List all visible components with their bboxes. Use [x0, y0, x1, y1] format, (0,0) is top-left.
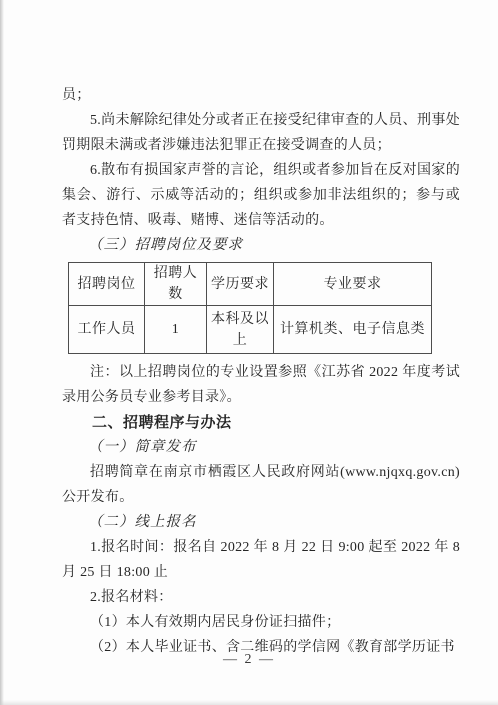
table-header-major: 专业要求 — [274, 263, 432, 306]
scan-edge-shading — [0, 0, 4, 705]
table-cell-position: 工作人员 — [69, 306, 145, 354]
materials-heading: 2.报名材料： — [62, 585, 460, 610]
table-cell-education: 本科及以上 — [207, 306, 274, 354]
table-header-row: 招聘岗位 招聘人数 学历要求 专业要求 — [69, 263, 432, 306]
signup-time-paragraph: 1.报名时间：报名自 2022 年 8 月 22 日 9:00 起至 2022 … — [62, 535, 460, 585]
table-header-position: 招聘岗位 — [69, 263, 145, 306]
carryover-line: 员； — [62, 83, 460, 108]
table-row: 工作人员 1 本科及以上 计算机类、电子信息类 — [69, 306, 432, 354]
scan-edge-bottom-shading — [0, 700, 498, 705]
paragraph-item-6: 6.散布有损国家声誉的言论，组织或者参加旨在反对国家的集会、游行、示威等活动的；… — [62, 158, 460, 233]
table-cell-headcount: 1 — [145, 306, 207, 354]
sub-1-heading: （一）简章发布 — [62, 435, 460, 460]
page-number: — 2 — — [0, 650, 498, 670]
document-page: 员； 5.尚未解除纪律处分或者正在接受纪律审查的人员、刑事处罚期限未满或者涉嫌违… — [0, 0, 498, 705]
table-header-education: 学历要求 — [207, 263, 274, 306]
note-paragraph: 注：以上招聘岗位的专业设置参照《江苏省 2022 年度考试录用公务员专业参考目录… — [62, 360, 460, 410]
paragraph-item-5: 5.尚未解除纪律处分或者正在接受纪律审查的人员、刑事处罚期限未满或者涉嫌违法犯罪… — [62, 108, 460, 158]
document-body: 员； 5.尚未解除纪律处分或者正在接受纪律审查的人员、刑事处罚期限未满或者涉嫌违… — [62, 83, 460, 660]
section-3-heading: （三）招聘岗位及要求 — [62, 233, 460, 258]
table-header-headcount: 招聘人数 — [145, 263, 207, 306]
material-item-1: （1）本人有效期内居民身份证扫描件； — [62, 610, 460, 635]
part-2-heading: 二、招聘程序与办法 — [62, 410, 460, 435]
publish-paragraph: 招聘简章在南京市栖霞区人民政府网站(www.njqxq.gov.cn)公开发布。 — [62, 460, 460, 510]
sub-2-heading: （二）线上报名 — [62, 510, 460, 535]
recruitment-table: 招聘岗位 招聘人数 学历要求 专业要求 工作人员 1 本科及以上 计算机类、电子… — [68, 262, 432, 354]
table-cell-major: 计算机类、电子信息类 — [274, 306, 432, 354]
